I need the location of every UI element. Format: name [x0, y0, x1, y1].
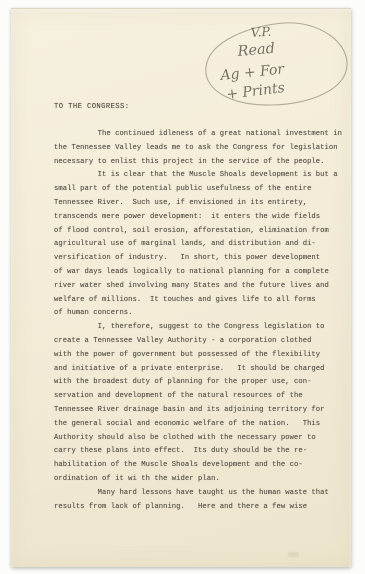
annotation-line-2: Read	[236, 41, 276, 60]
typed-body: The continued idleness of a great nation…	[54, 128, 344, 514]
annotation-line-4: + Prints	[226, 80, 286, 103]
typed-line: the Tennessee Valley leads me to ask the…	[54, 142, 344, 156]
faint-stamp-mark	[288, 552, 299, 557]
typed-line: and initiative of a private enterprise. …	[54, 363, 344, 377]
paper-sheet: V.P. Read Ag + For + Prints TO THE CONGR…	[11, 8, 351, 567]
typed-line: Authority should also be clothed with th…	[54, 432, 344, 446]
typed-line: results from lack of planning. Here and …	[54, 501, 344, 515]
typed-line: with the power of government but possess…	[54, 349, 344, 363]
typed-line: Tennessee River. Such use, if envisioned…	[54, 197, 344, 211]
typed-line: with the broadest duty of planning for t…	[54, 376, 344, 390]
typed-line: transcends mere power development: it en…	[54, 211, 344, 225]
typed-line: Many hard lessons have taught us the hum…	[54, 487, 344, 501]
typed-line: of human concerns.	[54, 307, 344, 321]
typed-line: ordination of it wi th the wider plan.	[54, 473, 344, 487]
typed-line: servation and development of the natural…	[54, 390, 344, 404]
typed-line: small part of the potential public usefu…	[54, 183, 344, 197]
salutation: TO THE CONGRESS:	[54, 103, 129, 111]
typed-line: Tennessee River drainage basin and its a…	[54, 404, 344, 418]
annotation-line-1: V.P.	[250, 24, 272, 40]
typed-line: versification of industry. In short, thi…	[54, 252, 344, 266]
typed-line: carry these plans into effect. Its duty …	[54, 445, 344, 459]
typed-line: the general social and economic welfare …	[54, 418, 344, 432]
typed-line: I, therefore, suggest to the Congress le…	[54, 321, 344, 335]
typed-line: welfare of millions. It touches and give…	[54, 294, 344, 308]
typed-line: river water shed involving many States a…	[54, 280, 344, 294]
typed-line: It is clear that the Muscle Shoals devel…	[54, 169, 344, 183]
typed-line: create a Tennessee Valley Authority - a …	[54, 335, 344, 349]
typed-line: of flood control, soil erosion, afforest…	[54, 225, 344, 239]
typed-line: The continued idleness of a great nation…	[54, 128, 344, 142]
scanned-document-view: V.P. Read Ag + For + Prints TO THE CONGR…	[0, 0, 365, 574]
typed-line: necessary to enlist this project in the …	[54, 156, 344, 170]
typed-line: agricultural use of marginal lands, and …	[54, 238, 344, 252]
typed-line: of war days leads logically to national …	[54, 266, 344, 280]
typed-line: habilitation of the Muscle Shoals develo…	[54, 459, 344, 473]
